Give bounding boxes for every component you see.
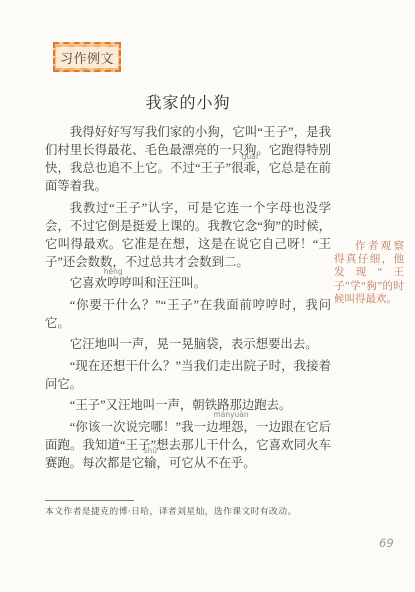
paragraph: “你该一次说完哪！”我一边埋怨mányuàn，一边跟在它后面跑。我知道“王子”想…: [45, 418, 331, 472]
footnote: 本文作者是捷克的博·日哈，译者刘星灿，选作课文时有改动。: [45, 505, 355, 517]
pinyin-annotated-char: 输shū: [144, 454, 156, 472]
paragraph: 它汪地叫一声，晃一晃脑袋，表示想要出去。: [45, 335, 331, 353]
paragraph: “现在还想干什么？”当我们走出院子时，我接着问它。: [45, 357, 331, 393]
section-badge-label: 习作例文: [56, 47, 118, 68]
margin-note: 作者观察得真仔细，他发现“王子”学“狗”的时候叫得最欢。: [334, 240, 404, 306]
pinyin-label: guāi: [242, 153, 258, 161]
pinyin-label: shū: [144, 447, 157, 455]
paragraph: 我教过“王子”认字，可是它连一个字母也没学会，不过它倒是挺爱上课的。我教它念“狗…: [45, 199, 331, 271]
paragraph: “你要干什么？”“王子”在我面前哼哼时，我问它。: [45, 296, 331, 332]
pinyin-label: mányuàn: [213, 411, 248, 419]
paragraph: “王子”又汪地叫一声，朝铁路那边跑去。: [45, 396, 331, 414]
essay-body: 我得好好写写我们家的小狗，它叫“王子”，是我们村里长得最花、毛色最漂亮的一只狗。…: [45, 123, 331, 475]
textbook-page: 习作例文 我家的小狗 我得好好写写我们家的小狗，它叫“王子”，是我们村里长得最花…: [0, 0, 415, 592]
pinyin-annotated-char: 哼hēng: [107, 274, 119, 292]
paragraph: 它喜欢哼hēng哼叫和汪汪叫。: [45, 274, 331, 292]
pinyin-annotated-char: 埋怨mányuàn: [219, 418, 244, 436]
footnote-divider: [45, 500, 134, 501]
pinyin-label: hēng: [104, 268, 123, 276]
pinyin-annotated-char: 乖guāi: [244, 159, 256, 177]
page-number: 69: [379, 536, 394, 550]
essay-title: 我家的小狗: [45, 90, 331, 113]
section-badge: 习作例文: [53, 42, 121, 72]
paragraph: 我得好好写写我们家的小狗，它叫“王子”，是我们村里长得最花、毛色最漂亮的一只狗。…: [45, 123, 331, 195]
